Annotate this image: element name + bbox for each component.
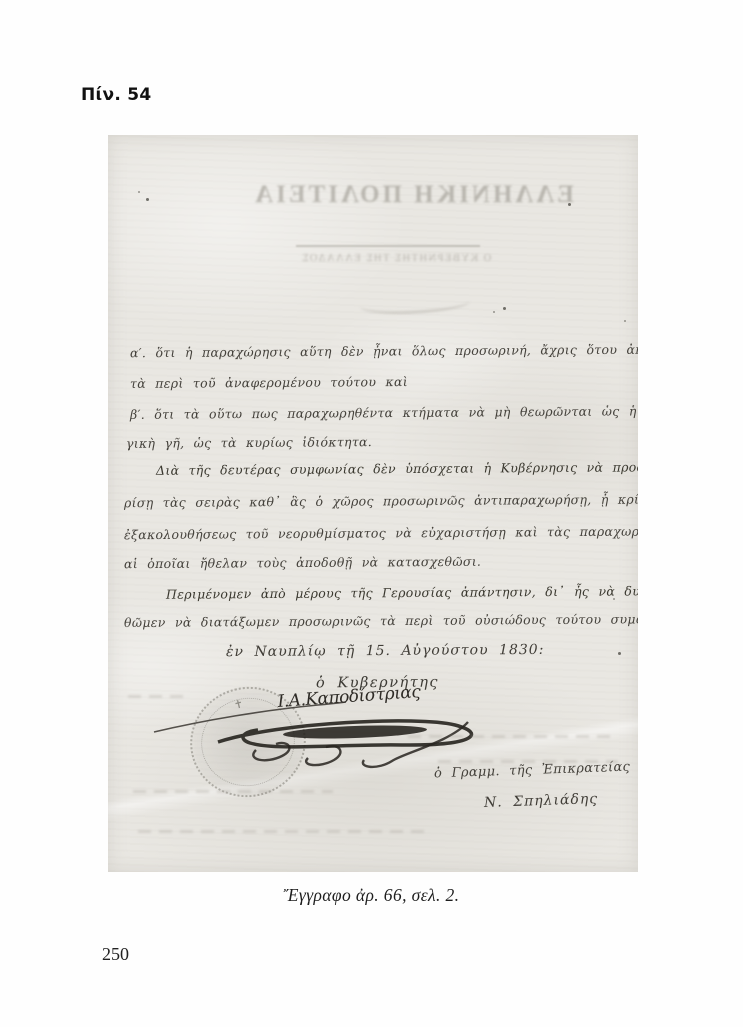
handwritten-line: θῶμεν νὰ διατάξωμεν προσωρινῶς τὰ περὶ τ… — [124, 611, 638, 630]
ink-speck — [493, 311, 495, 313]
ink-speck — [568, 203, 571, 206]
bleedthrough-masthead: ΕΛΛΗΝΙΚΗ ΠΟΛΙΤΕΙΑ — [248, 181, 578, 209]
page-number: 250 — [102, 944, 129, 965]
figure-caption: Ἔγγραφο ἀρ. 66, σελ. 2. — [0, 885, 743, 906]
handwritten-line: β′. ὅτι τὰ οὕτω πως παραχωρηθέντα κτήματ… — [130, 403, 638, 422]
handwritten-line: Περιμένομεν ἀπὸ μέρους τῆς Γερουσίας ἀπά… — [166, 583, 638, 601]
bleedthrough-text-trace — [128, 695, 183, 698]
bleedthrough-rule — [296, 245, 480, 247]
document-scan: ΕΛΛΗΝΙΚΗ ΠΟΛΙΤΕΙΑ Ο ΚΥΒΕΡΝΗΤΗΣ ΤΗΣ ΕΛΛΑΔ… — [108, 135, 638, 872]
book-page: Πίν. 54 ΕΛΛΗΝΙΚΗ ΠΟΛΙΤΕΙΑ Ο ΚΥΒΕΡΝΗΤΗΣ Τ… — [0, 0, 743, 1027]
handwritten-line: ἐξακολουθήσεως τοῦ νεορυθμίσματος νὰ εὐχ… — [124, 523, 638, 542]
bleedthrough-text-trace — [138, 830, 428, 833]
handwritten-line: τὰ περὶ τοῦ ἀναφερομένου τούτου καὶ — [130, 374, 408, 391]
date-line: ἐν Ναυπλίῳ τῇ 15. Αὐγούστου 1830: — [226, 642, 544, 660]
handwritten-line: αἱ ὁποῖαι ἤθελαν τοὺς ἀποδοθῇ νὰ κατασχε… — [124, 554, 481, 571]
bleedthrough-text-trace — [408, 735, 618, 738]
handwritten-line: α′. ὅτι ἡ παραχώρησις αὕτη δὲν ᾖναι ὅλως… — [130, 341, 638, 361]
ink-speck — [618, 652, 621, 655]
handwritten-line: ρίσῃ τὰς σειρὰς καθ᾽ ἃς ὁ χῶρος προσωριν… — [124, 491, 638, 510]
bleedthrough-signature-trace — [360, 292, 471, 316]
ink-speck — [146, 198, 149, 201]
handwritten-line: γικὴ γῆ, ὡς τὰ κυρίως ἰδιόκτητα. — [126, 434, 372, 451]
bleedthrough-subtitle: Ο ΚΥΒΕΡΝΗΤΗΣ ΤΗΣ ΕΛΛΑΔΟΣ — [286, 253, 506, 264]
plate-label: Πίν. 54 — [81, 85, 152, 105]
secretary-name: Ν. Σπηλιάδης — [484, 791, 599, 811]
ink-speck — [503, 307, 506, 310]
ink-speck — [624, 320, 626, 322]
bleedthrough-text-trace — [133, 790, 333, 793]
kapodistrias-signature: Ι.Α.Καποδίστριας — [150, 680, 500, 772]
handwritten-line: Διὰ τῆς δευτέρας συμφωνίας δὲν ὑπόσχεται… — [156, 459, 638, 478]
bleedthrough-text-trace — [438, 760, 618, 763]
signature-name: Ι.Α.Καποδίστριας — [276, 682, 422, 712]
ink-speck — [138, 191, 140, 193]
